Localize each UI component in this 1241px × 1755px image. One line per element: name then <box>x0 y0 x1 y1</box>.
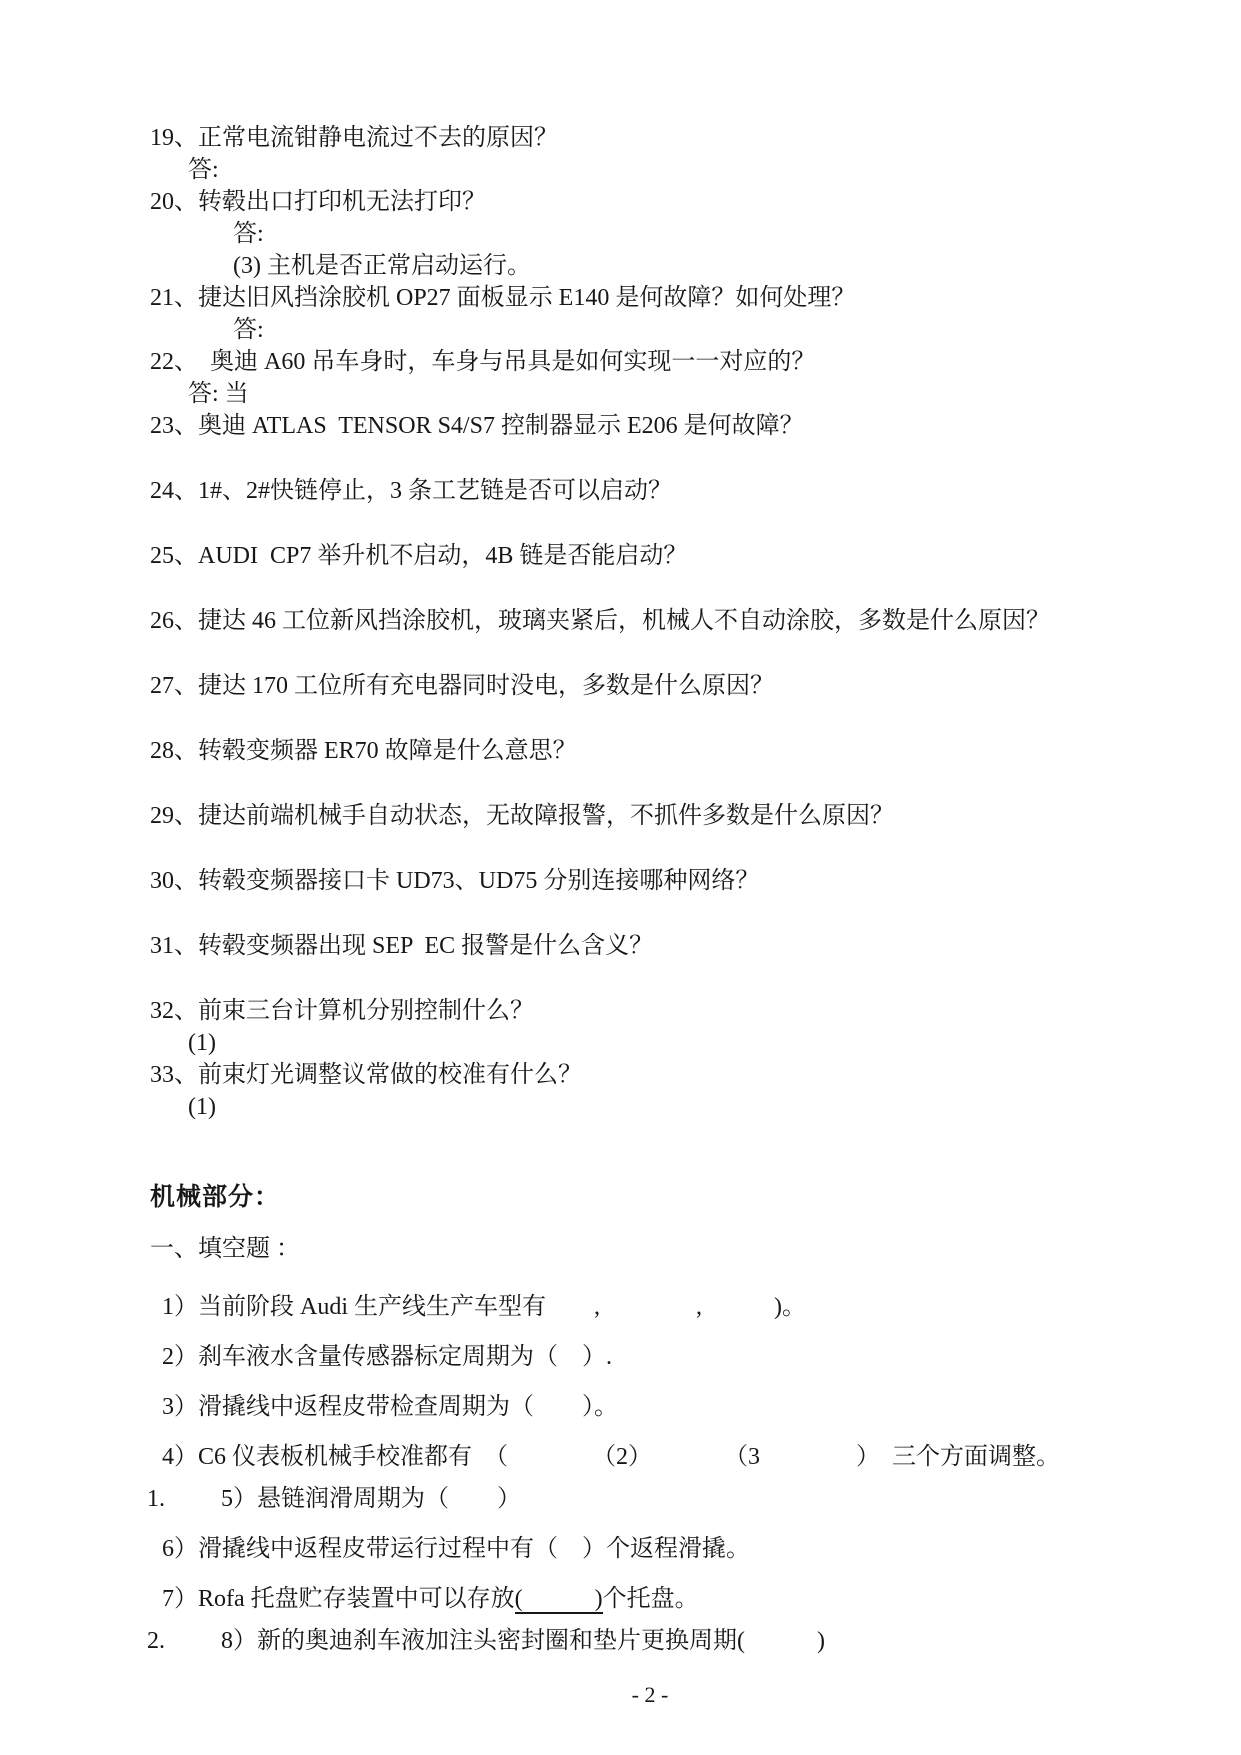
question-number: 24、 <box>150 478 198 504</box>
question-number: 28、 <box>150 738 198 764</box>
question-line: 19、正常电流钳静电流过不去的原因？ <box>150 122 1201 154</box>
question-text: AUDI CP7 举升机不启动，4B 链是否能启动？ <box>198 543 687 569</box>
question-line: 32、前束三台计算机分别控制什么？ <box>150 995 1201 1027</box>
item-text: 1）当前阶段 Audi 生产线生产车型有 , , )。 <box>162 1294 806 1320</box>
question-number: 25、 <box>150 543 198 569</box>
question-line: 31、转毂变频器出现 SEP EC 报警是什么含义？ <box>150 930 1201 962</box>
fill-item: 7）Rofa 托盘贮存装置中可以存放( )个托盘。 <box>147 1583 1241 1615</box>
question-text: 转毂出口打印机无法打印？ <box>198 189 486 215</box>
question-text: 转毂变频器 ER70 故障是什么意思？ <box>198 738 577 764</box>
answer-line: 答: <box>150 314 1201 346</box>
page-number: - 2 - <box>150 1679 1150 1711</box>
question-line: 33、前束灯光调整议常做的校准有什么？ <box>150 1059 1201 1091</box>
item-text: 4）C6 仪表板机械手校准都有 （ （2） （3 ） 三个方面调整。 <box>162 1444 1060 1470</box>
item-text: 8）新的奥迪刹车液加注头密封圈和垫片更换周期( ) <box>221 1628 825 1654</box>
question-section: 19、正常电流钳静电流过不去的原因？答:20、转毂出口打印机无法打印？答:(3)… <box>0 0 1241 1123</box>
question-number: 27、 <box>150 673 198 699</box>
question-text: 捷达前端机械手自动状态，无故障报警，不抓件多数是什么原因？ <box>198 803 894 829</box>
fill-item: 3）滑撬线中返程皮带检查周期为（ ）。 <box>147 1391 1241 1423</box>
question-text: 奥迪 ATLAS TENSOR S4/S7 控制器显示 E206 是何故障？ <box>198 413 804 439</box>
answer-line: 答: 当 <box>150 378 1201 410</box>
question-line: 28、转毂变频器 ER70 故障是什么意思？ <box>150 735 1201 767</box>
answer-line: (3) 主机是否正常启动运行。 <box>150 250 1201 282</box>
question-text: 奥迪 A60 吊车身时，车身与吊具是如何实现一一对应的？ <box>186 349 815 375</box>
question-text: 捷达 170 工位所有充电器同时没电，多数是什么原因？ <box>198 673 774 699</box>
question-number: 19、 <box>150 125 198 151</box>
question-line: 26、捷达 46 工位新风挡涂胶机，玻璃夹紧后，机械人不自动涂胶，多数是什么原因… <box>150 605 1201 637</box>
question-number: 26、 <box>150 608 198 634</box>
fill-item: 4）C6 仪表板机械手校准都有 （ （2） （3 ） 三个方面调整。 <box>147 1441 1241 1473</box>
fill-item: 2.8）新的奥迪刹车液加注头密封圈和垫片更换周期( ) <box>147 1625 1241 1657</box>
question-number: 29、 <box>150 803 198 829</box>
item-text: 3）滑撬线中返程皮带检查周期为（ ）。 <box>162 1394 618 1420</box>
blank-underline: ( ) <box>515 1586 603 1614</box>
question-number: 23、 <box>150 413 198 439</box>
question-number: 31、 <box>150 933 198 959</box>
question-number: 30、 <box>150 868 198 894</box>
question-line: 27、捷达 170 工位所有充电器同时没电，多数是什么原因？ <box>150 670 1201 702</box>
section-header: 机械部分： <box>150 1181 1241 1213</box>
answer-line: 答: <box>150 218 1201 250</box>
question-line: 21、捷达旧风挡涂胶机 OP27 面板显示 E140 是何故障？如何处理？ <box>150 282 1201 314</box>
question-line: 22、 奥迪 A60 吊车身时，车身与吊具是如何实现一一对应的？ <box>150 346 1201 378</box>
question-line: 30、转毂变频器接口卡 UD73、UD75 分别连接哪种网络？ <box>150 865 1201 897</box>
question-text: 1#、2#快链停止，3 条工艺链是否可以启动？ <box>198 478 672 504</box>
fill-item: 1）当前阶段 Audi 生产线生产车型有 , , )。 <box>147 1291 1241 1323</box>
item-text: 个托盘。 <box>603 1586 699 1612</box>
item-marker: 1. <box>147 1483 221 1515</box>
question-number: 22、 <box>150 349 186 375</box>
question-text: 前束灯光调整议常做的校准有什么？ <box>198 1062 582 1088</box>
question-line: 20、转毂出口打印机无法打印？ <box>150 186 1201 218</box>
item-text: 7）Rofa 托盘贮存装置中可以存放 <box>162 1586 515 1612</box>
question-text: 转毂变频器出现 SEP EC 报警是什么含义？ <box>198 933 653 959</box>
question-number: 32、 <box>150 998 198 1024</box>
question-line: 23、奥迪 ATLAS TENSOR S4/S7 控制器显示 E206 是何故障… <box>150 410 1201 442</box>
document-page: 19、正常电流钳静电流过不去的原因？答:20、转毂出口打印机无法打印？答:(3)… <box>0 0 1241 1755</box>
question-text: 转毂变频器接口卡 UD73、UD75 分别连接哪种网络？ <box>198 868 759 894</box>
item-text: 5）悬链润滑周期为（ ） <box>221 1486 521 1512</box>
item-text: 2）刹车液水含量传感器标定周期为（ ）. <box>162 1344 612 1370</box>
fill-item: 6）滑撬线中返程皮带运行过程中有（ ）个返程滑撬。 <box>147 1533 1241 1565</box>
fill-item: 1.5）悬链润滑周期为（ ） <box>147 1483 1241 1515</box>
answer-line: 答: <box>150 154 1201 186</box>
item-text: 6）滑撬线中返程皮带运行过程中有（ ）个返程滑撬。 <box>162 1536 750 1562</box>
item-marker: 2. <box>147 1625 221 1657</box>
question-number: 33、 <box>150 1062 198 1088</box>
question-line: 29、捷达前端机械手自动状态，无故障报警，不抓件多数是什么原因？ <box>150 800 1201 832</box>
question-text: 捷达旧风挡涂胶机 OP27 面板显示 E140 是何故障？如何处理？ <box>198 285 855 311</box>
subsection-title: 一、填空题 ： <box>150 1233 1241 1265</box>
question-text: 前束三台计算机分别控制什么？ <box>198 998 534 1024</box>
question-number: 21、 <box>150 285 198 311</box>
question-text: 捷达 46 工位新风挡涂胶机，玻璃夹紧后，机械人不自动涂胶，多数是什么原因？ <box>198 608 1050 634</box>
answer-line: (1) <box>150 1091 1201 1123</box>
answer-line: (1) <box>150 1027 1201 1059</box>
question-number: 20、 <box>150 189 198 215</box>
question-line: 25、AUDI CP7 举升机不启动，4B 链是否能启动？ <box>150 540 1201 572</box>
fill-list: 1）当前阶段 Audi 生产线生产车型有 , , )。2）刹车液水含量传感器标定… <box>147 1291 1241 1657</box>
question-line: 24、1#、2#快链停止，3 条工艺链是否可以启动？ <box>150 475 1201 507</box>
question-text: 正常电流钳静电流过不去的原因？ <box>198 125 558 151</box>
fill-item: 2）刹车液水含量传感器标定周期为（ ）. <box>147 1341 1241 1373</box>
